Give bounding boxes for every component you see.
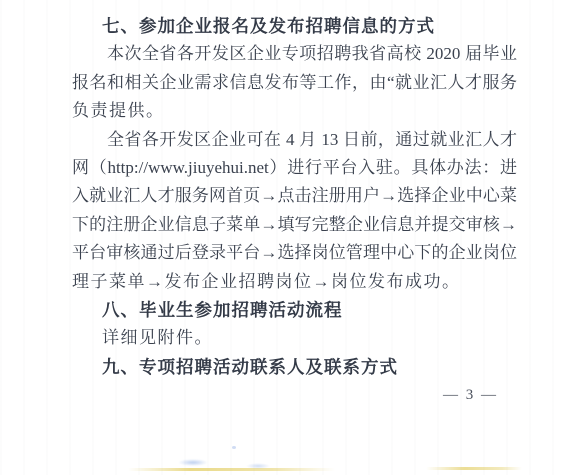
paragraph-1-line-3: 负责提供。	[72, 97, 517, 125]
scan-artifact-blue-smudge-1	[178, 459, 208, 466]
paragraph-1-line-1: 本次全省各开发区企业专项招聘我省高校 2020 届毕业生的	[72, 40, 517, 68]
paragraph-1-line-2: 报名和相关企业需求信息发布等工作，由“就业汇人才服务网”	[72, 69, 517, 97]
document-body: 七、参加企业报名及发布招聘信息的方式 本次全省各开发区企业专项招聘我省高校 20…	[72, 12, 517, 381]
paragraph-2-line-5: 平台审核通过后登录平台→选择岗位管理中心下的企业岗位管	[72, 239, 517, 267]
scan-artifact-yellow-line-left	[128, 468, 335, 471]
scan-artifact-blue-dot	[232, 446, 236, 449]
paragraph-2-line-1: 全省各开发区企业可在 4 月 13 日前，通过就业汇人才服务	[72, 126, 517, 154]
document-page: 七、参加企业报名及发布招聘信息的方式 本次全省各开发区企业专项招聘我省高校 20…	[0, 0, 564, 475]
paragraph-2-line-4: 下的注册企业信息子菜单→填写完整企业信息并提交审核→待	[72, 211, 517, 239]
section-heading-8: 八、毕业生参加招聘活动流程	[72, 296, 517, 324]
paragraph-3-line-1: 详细见附件。	[72, 324, 517, 352]
scan-artifact-yellow-line-right	[426, 467, 522, 470]
section-heading-7: 七、参加企业报名及发布招聘信息的方式	[72, 12, 517, 40]
paragraph-2-line-6: 理子菜单→发布企业招聘岗位→岗位发布成功。	[72, 268, 517, 296]
scan-artifact-blue-smudge-2	[246, 463, 270, 469]
paragraph-2-line-2-url: 网（http://www.jiuyehui.net）进行平台入驻。具体办法：进	[72, 154, 517, 182]
section-heading-9: 九、专项招聘活动联系人及联系方式	[72, 353, 517, 381]
paragraph-2-line-3: 入就业汇人才服务网首页→点击注册用户→选择企业中心菜单	[72, 182, 517, 210]
page-number: — 3 —	[443, 381, 498, 409]
